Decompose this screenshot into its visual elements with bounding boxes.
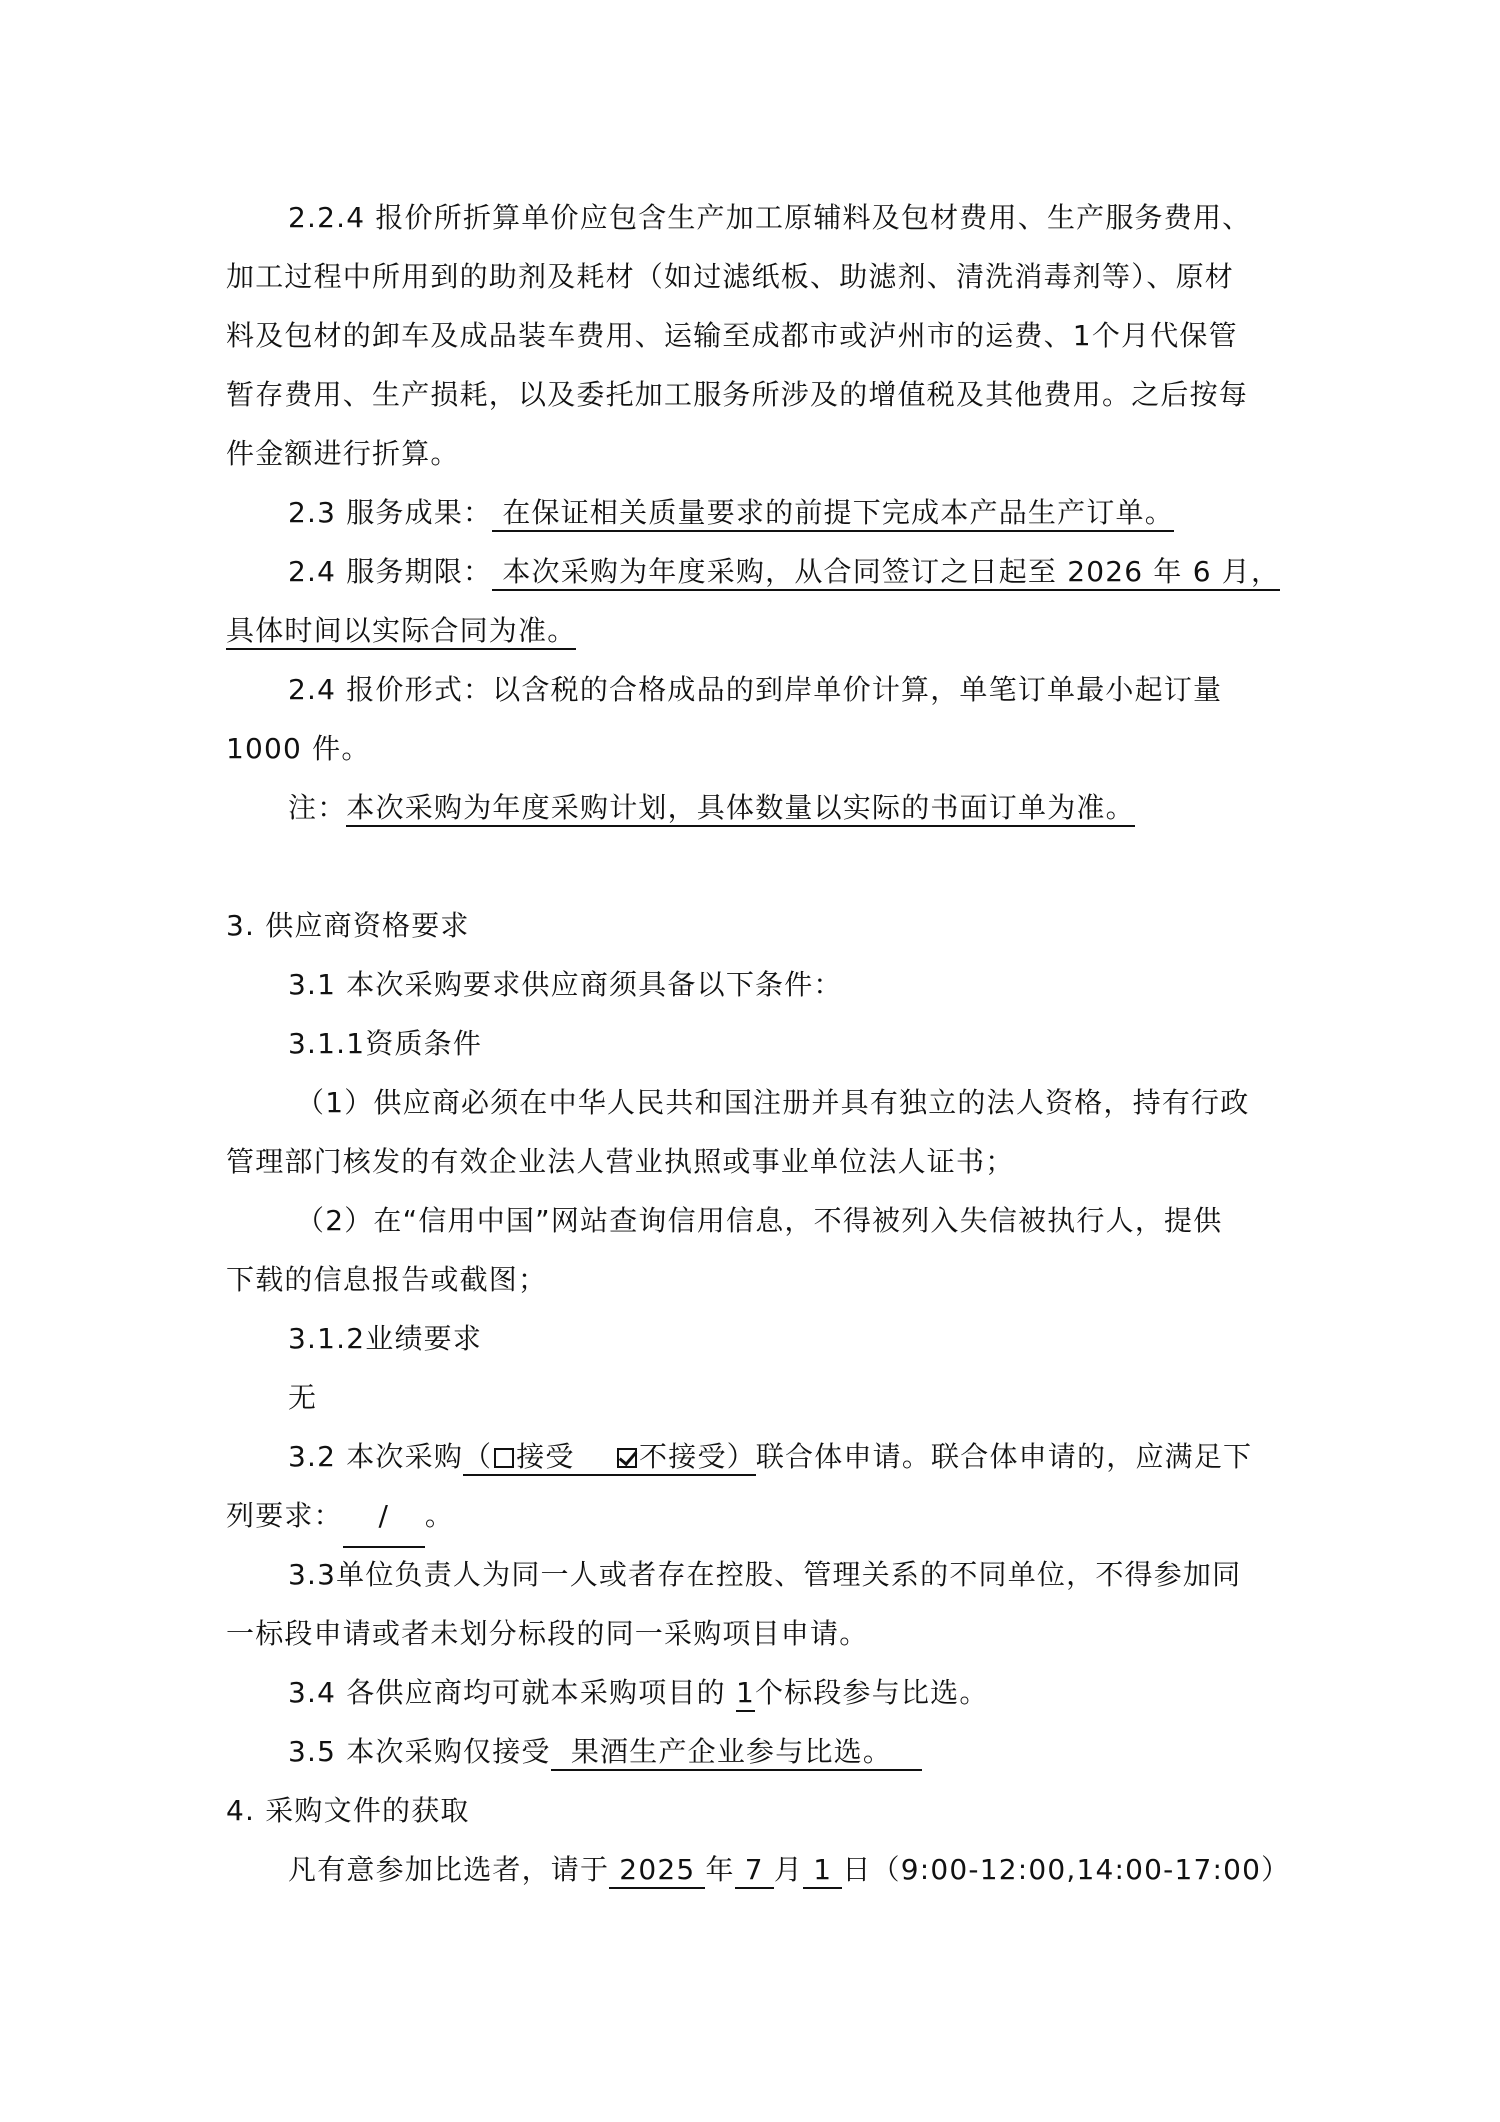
paragraph-3-5: 3.5 本次采购仅接受 果酒生产企业参与比选。 xyxy=(226,1722,1280,1781)
service-result-label: 2.3 服务成果： xyxy=(288,496,492,529)
accept-checkbox[interactable] xyxy=(494,1448,514,1468)
lot-suffix: 个标段参与比选。 xyxy=(755,1676,989,1709)
day-unit: 日 xyxy=(842,1853,871,1886)
requirements-value: / xyxy=(343,1486,425,1548)
item-1-line-1: （1）供应商必须在中华人民共和国注册并具有独立的法人资格，持有行政 xyxy=(226,1073,1280,1132)
reject-checkbox[interactable] xyxy=(617,1448,637,1468)
note-paragraph: 注：本次采购为年度采购计划，具体数量以实际的书面订单为准。 xyxy=(226,778,1280,837)
section-3-heading: 3. 供应商资格要求 xyxy=(226,896,1280,955)
year-value: 2025 xyxy=(609,1853,705,1889)
month-value: 7 xyxy=(735,1853,774,1889)
month-unit: 月 xyxy=(774,1853,803,1886)
paragraph-3-1-1: 3.1.1资质条件 xyxy=(226,1014,1280,1073)
obtain-prefix: 凡有意参加比选者，请于 xyxy=(288,1853,609,1886)
blank-line xyxy=(226,837,1280,896)
performance-requirement-value: 无 xyxy=(226,1368,1280,1427)
paragraph-3-1-2: 3.1.2业绩要求 xyxy=(226,1309,1280,1368)
paragraph-3-4: 3.4 各供应商均可就本采购项目的 1个标段参与比选。 xyxy=(226,1663,1280,1722)
requirements-suffix: 。 xyxy=(425,1499,454,1532)
document-page: 2.2.4 报价所折算单价应包含生产加工原辅料及包材费用、生产服务费用、 加工过… xyxy=(226,188,1280,1899)
year-unit: 年 xyxy=(705,1853,734,1886)
paragraph-2-4-price-line-2: 1000 件。 xyxy=(226,719,1280,778)
accepted-type-value: 果酒生产企业参与比选。 xyxy=(551,1735,923,1771)
service-period-label: 2.4 服务期限： xyxy=(288,555,492,588)
note-value: 本次采购为年度采购计划，具体数量以实际的书面订单为准。 xyxy=(346,791,1134,827)
paragraph-3-2-line-2: 列要求： / 。 xyxy=(226,1486,1280,1545)
paragraph-4-line: 凡有意参加比选者，请于 2025 年 7 月 1 日（9:00-12:00,14… xyxy=(226,1840,1280,1899)
paragraph-3-3-line-1: 3.3单位负责人为同一人或者存在控股、管理关系的不同单位，不得参加同 xyxy=(226,1545,1280,1604)
service-period-value-1: 本次采购为年度采购，从合同签订之日起至 2026 年 6 月， xyxy=(492,555,1280,591)
service-result-value: 在保证相关质量要求的前提下完成本产品生产订单。 xyxy=(492,496,1174,532)
paragraph-2-4-price-line-1: 2.4 报价形式：以含税的合格成品的到岸单价计算，单笔订单最小起订量 xyxy=(226,660,1280,719)
paragraph-2-2-4-line-5: 件金额进行折算。 xyxy=(226,424,1280,483)
paragraph-3-1: 3.1 本次采购要求供应商须具备以下条件： xyxy=(226,955,1280,1014)
consortium-suffix: 联合体申请。联合体申请的，应满足下 xyxy=(756,1440,1252,1473)
note-label: 注： xyxy=(288,791,346,824)
paragraph-2-3: 2.3 服务成果： 在保证相关质量要求的前提下完成本产品生产订单。 xyxy=(226,483,1280,542)
item-1-line-2: 管理部门核发的有效企业法人营业执照或事业单位法人证书； xyxy=(226,1132,1280,1191)
service-period-value-2: 具体时间以实际合同为准。 xyxy=(226,614,576,650)
paragraph-2-2-4-line-4: 暂存费用、生产损耗，以及委托加工服务所涉及的增值税及其他费用。之后按每 xyxy=(226,365,1280,424)
paragraph-2-4-period-line-2: 具体时间以实际合同为准。 xyxy=(226,601,1280,660)
reject-label: 不接受 xyxy=(639,1440,727,1473)
requirements-label: 列要求： xyxy=(226,1499,343,1532)
lot-count: 1 xyxy=(736,1676,755,1712)
close-paren: ） xyxy=(727,1440,756,1473)
paragraph-2-2-4-line-2: 加工过程中所用到的助剂及耗材（如过滤纸板、助滤剂、清洗消毒剂等）、原材 xyxy=(226,247,1280,306)
paragraph-2-2-4-line-1: 2.2.4 报价所折算单价应包含生产加工原辅料及包材费用、生产服务费用、 xyxy=(226,188,1280,247)
day-value: 1 xyxy=(803,1853,842,1889)
item-2-line-2: 下载的信息报告或截图； xyxy=(226,1250,1280,1309)
consortium-options: （接受 不接受） xyxy=(463,1440,756,1476)
accepted-type-prefix: 3.5 本次采购仅接受 xyxy=(288,1735,551,1768)
paragraph-3-2-line-1: 3.2 本次采购（接受 不接受）联合体申请。联合体申请的，应满足下 xyxy=(226,1427,1280,1486)
paragraph-2-4-period-line-1: 2.4 服务期限： 本次采购为年度采购，从合同签订之日起至 2026 年 6 月… xyxy=(226,542,1280,601)
office-hours: （9:00-12:00,14:00-17:00） xyxy=(872,1853,1291,1886)
open-paren: （ xyxy=(463,1440,492,1473)
consortium-prefix: 3.2 本次采购 xyxy=(288,1440,463,1473)
item-2-line-1: （2）在“信用中国”网站查询信用信息，不得被列入失信被执行人，提供 xyxy=(226,1191,1280,1250)
paragraph-2-2-4-line-3: 料及包材的卸车及成品装车费用、运输至成都市或泸州市的运费、1个月代保管 xyxy=(226,306,1280,365)
paragraph-3-3-line-2: 一标段申请或者未划分标段的同一采购项目申请。 xyxy=(226,1604,1280,1663)
lot-prefix: 3.4 各供应商均可就本采购项目的 xyxy=(288,1676,736,1709)
section-4-heading: 4. 采购文件的获取 xyxy=(226,1781,1280,1840)
accept-label: 接受 xyxy=(516,1440,574,1473)
